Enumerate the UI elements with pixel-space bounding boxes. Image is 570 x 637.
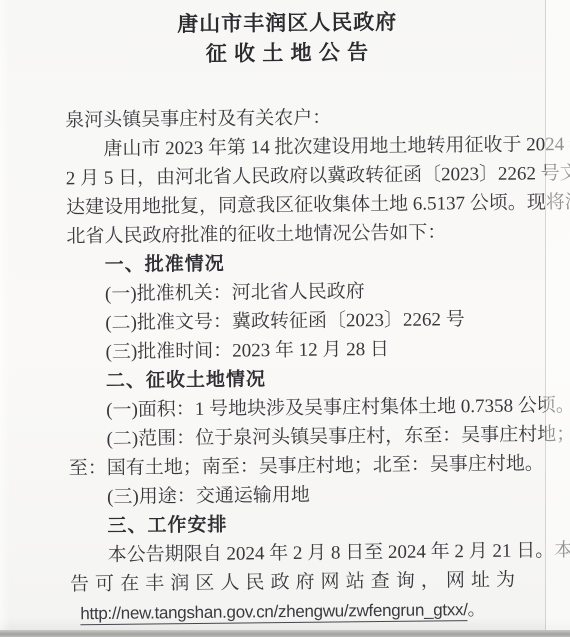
scan-bottom-edge [0,630,570,637]
section-item: (二)范围：位于泉河头镇吴事庄村，东至：吴事庄村地；西 [68,421,514,455]
section-item-continuation: 至：国有土地；南至：吴事庄村地；北至：吴事庄村地。 [69,450,515,484]
section-heading-approval: 一、批准情况 [67,247,513,281]
section-item: (一)批准机关：河北省人民政府 [67,276,513,310]
intro-line: 唐山市 2023 年第 14 批次建设用地土地转用征收于 2024 年 [65,131,511,165]
document-content: 唐山市丰润区人民政府 征 收 土 地 公 告 泉河头镇吴事庄村及有关农户： 唐山… [64,6,516,629]
intro-line: 达建设用地批复，同意我区征收集体土地 6.5137 公顷。现将河 [66,189,512,223]
title-org-name: 唐山市丰润区人民政府 [64,6,510,41]
intro-line: 2 月 5 日，由河北省人民政府以冀政转征函〔2023〕2262 号文下 [66,160,512,194]
title-announcement-type: 征 收 土 地 公 告 [64,36,510,71]
url-line: http://new.tangshan.gov.cn/zhengwu/zwfen… [70,595,516,629]
section-item-continuation: 告可在丰润区人民政府网站查询，网址为 [70,566,516,600]
scan-left-edge-highlight [0,0,10,630]
section-item: (一)面积：1 号地块涉及吴事庄村集体土地 0.7358 公顷。 [68,392,514,426]
section-item: (二)批准文号：冀政转征函〔2023〕2262 号 [67,305,513,339]
section-item: (三)用途：交通运输用地 [69,479,515,513]
section-item: (三)批准时间：2023 年 12 月 28 日 [67,334,513,368]
document-title: 唐山市丰润区人民政府 征 收 土 地 公 告 [64,6,511,71]
salutation: 泉河头镇吴事庄村及有关农户： [65,102,511,136]
document-body: 泉河头镇吴事庄村及有关农户： 唐山市 2023 年第 14 批次建设用地土地转用… [65,102,516,629]
intro-line: 北省人民政府批准的征收土地情况公告如下： [66,218,512,252]
scanned-document-page: 唐山市丰润区人民政府 征 收 土 地 公 告 泉河头镇吴事庄村及有关农户： 唐山… [0,0,570,637]
section-heading-land: 二、征收土地情况 [68,363,514,397]
scan-vertical-seam [545,0,546,630]
section-item: 本公告期限自 2024 年 2 月 8 日至 2024 年 2 月 21 日。本… [70,537,516,571]
section-heading-schedule: 三、工作安排 [69,508,515,542]
document-url: http://new.tangshan.gov.cn/zhengwu/zwfen… [80,600,467,625]
url-period: 。 [467,599,485,619]
scan-right-edge-band [546,0,570,630]
